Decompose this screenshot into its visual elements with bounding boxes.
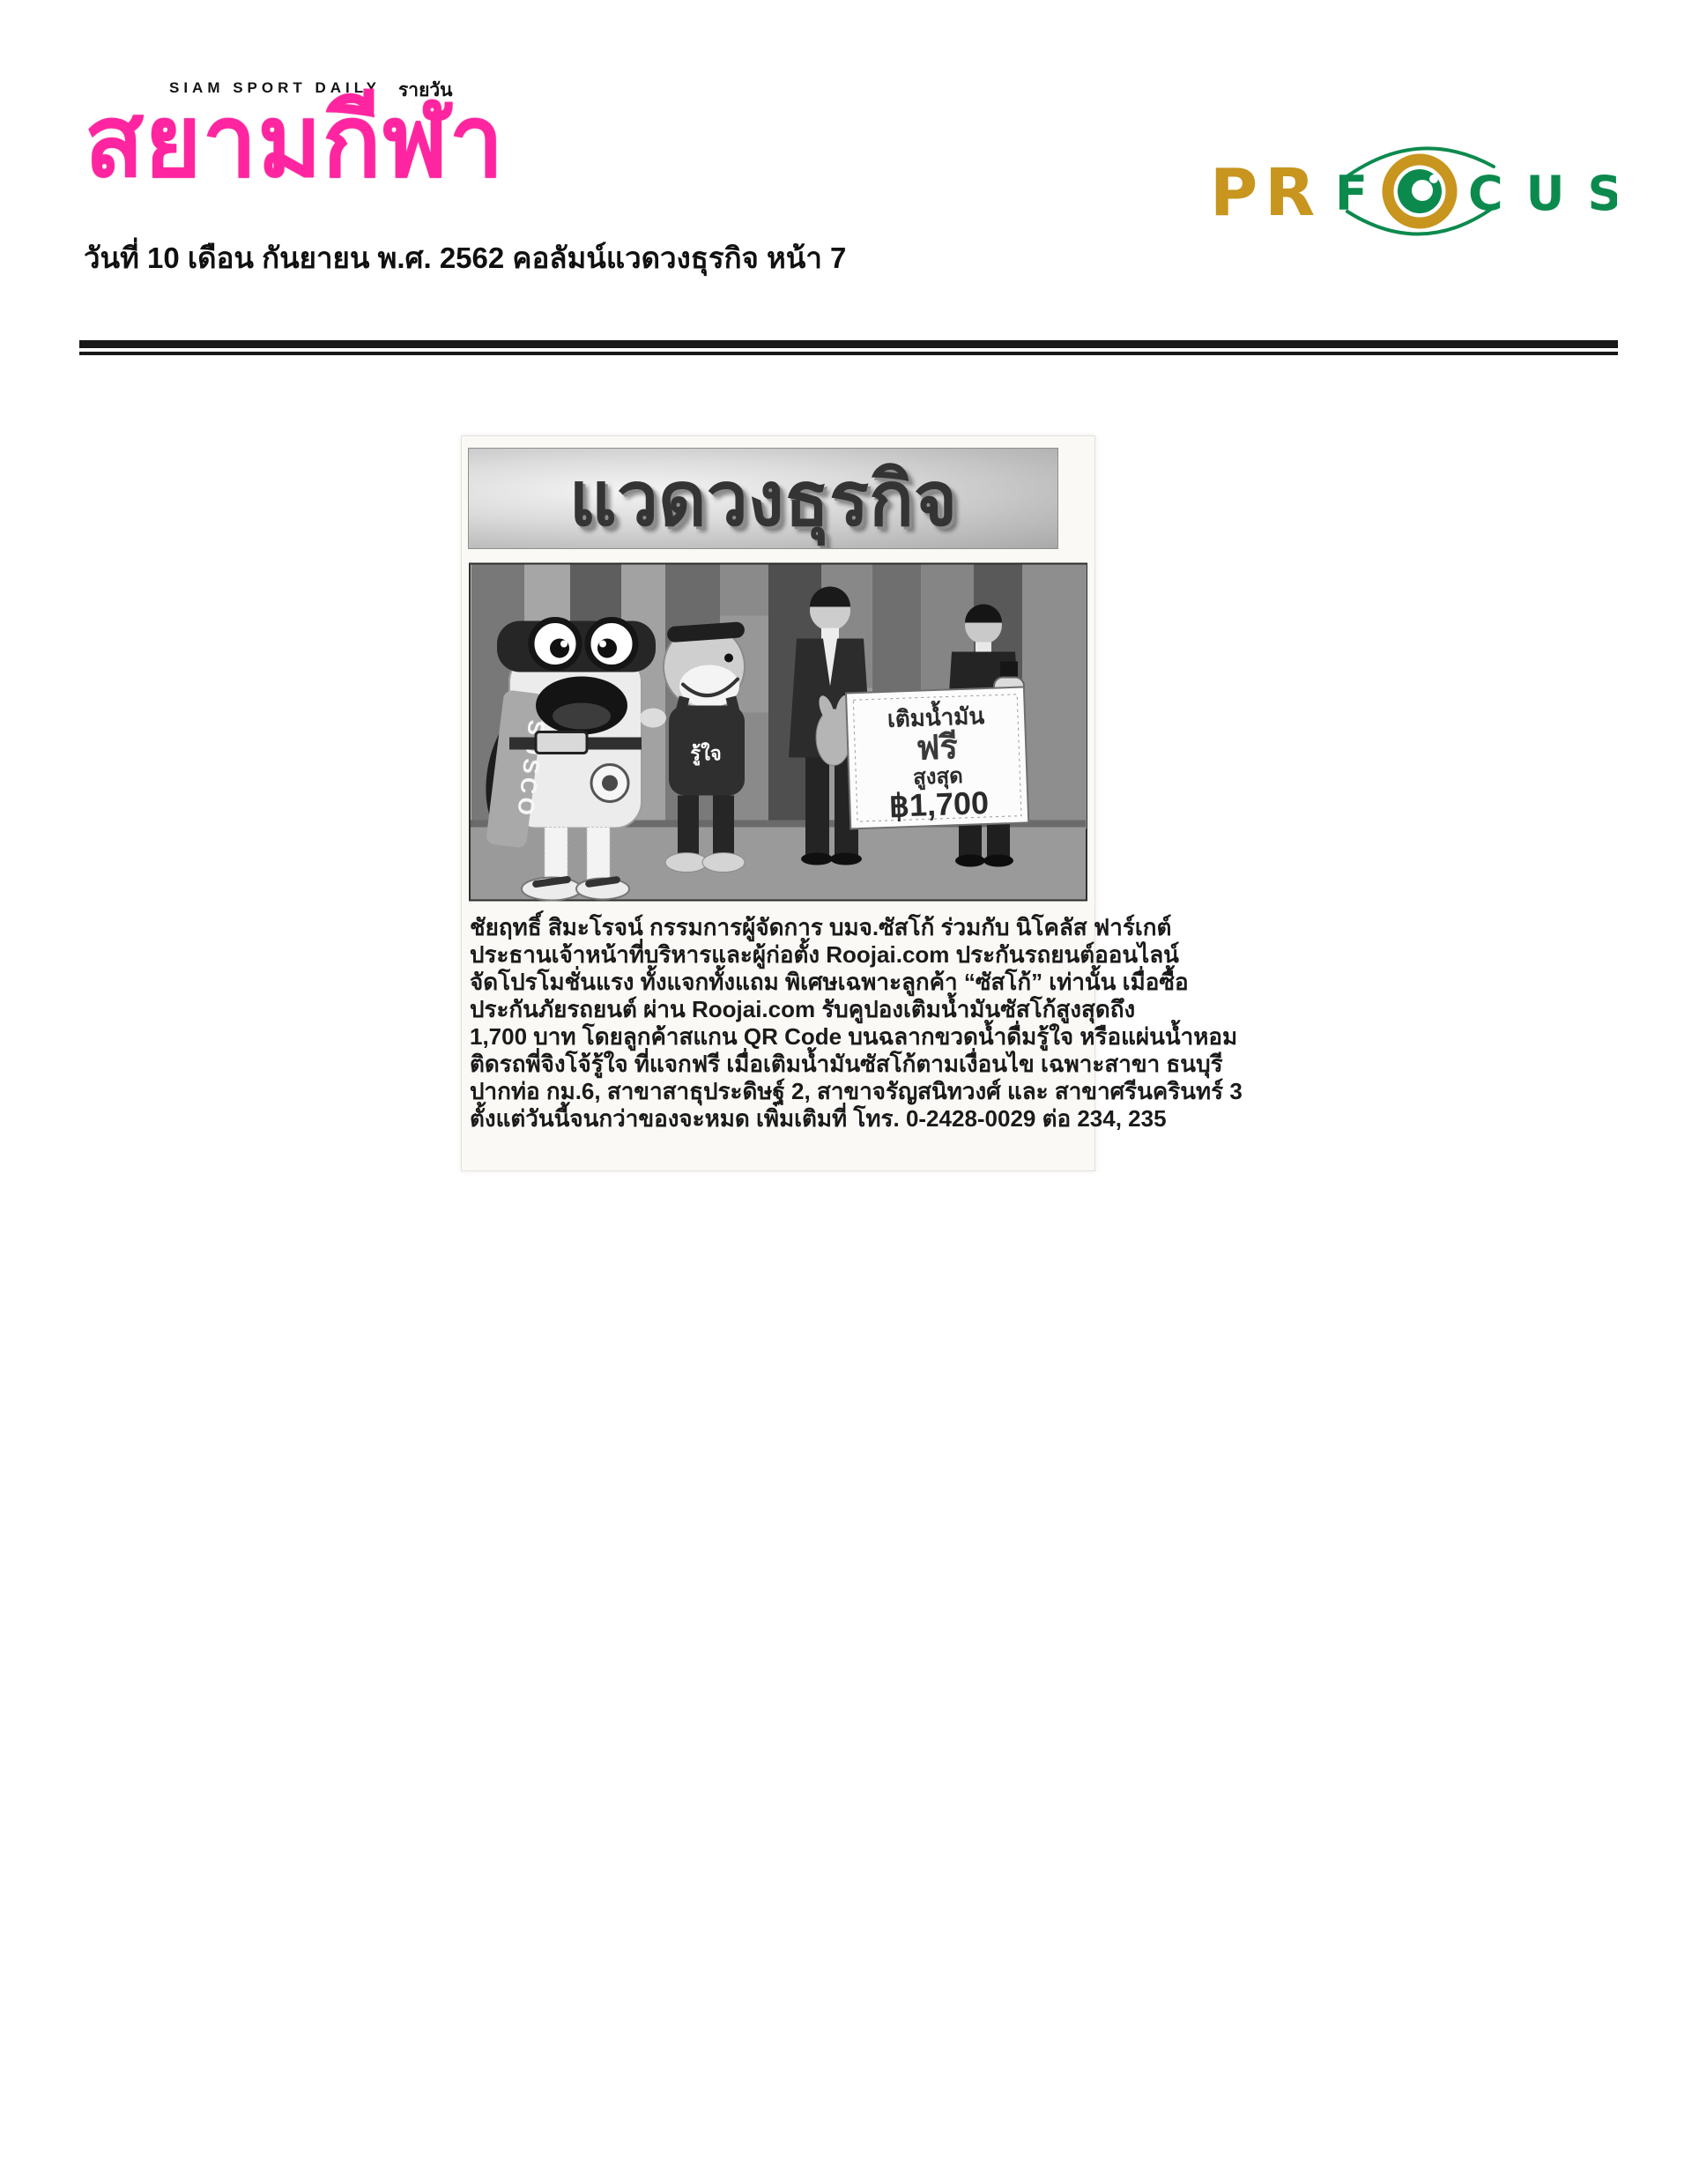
caption-line: ประธานเจ้าหน้าที่บริหารและผู้ก่อตั้ง Roo… <box>470 941 1090 969</box>
newspaper-name: สยามกีฬา <box>85 92 504 192</box>
sign-line-2: ฟรี <box>916 729 959 768</box>
clipping-photo: SUSCO <box>469 562 1087 902</box>
clipping-banner: แวดวงธุรกิจ <box>468 448 1058 549</box>
promo-sign: เติมน้ำมัน ฟรี สูงสุด ฿1,700 <box>846 687 1028 828</box>
prfocus-cus-text: CUS <box>1468 166 1617 221</box>
banner-title: แวดวงธุรกิจ <box>569 461 958 537</box>
kangaroo-bib-label: รู้ใจ <box>690 742 721 767</box>
divider-rule-thin <box>79 352 1618 355</box>
newspaper-masthead: SIAM SPORT DAILY รายวัน สยามกีฬา <box>85 69 613 214</box>
kangaroo-paw <box>640 709 666 728</box>
focus-lens-glint-icon <box>1412 180 1433 201</box>
prfocus-pr-text: PR <box>1210 155 1322 231</box>
mascot-belt-buckle <box>536 732 587 754</box>
divider-rule-thick <box>79 340 1618 348</box>
caption-line: จัดโปรโมชั่นแรง ทั้งแจกทั้งแถม พิเศษเฉพา… <box>470 969 1090 996</box>
news-clipping: แวดวงธุรกิจ <box>461 435 1095 1171</box>
divider-rule <box>79 340 1618 355</box>
prfocus-f-text: F <box>1335 166 1368 221</box>
caption-line: ชัยฤทธิ์ สิมะโรจน์ กรรมการผู้จัดการ บมจ.… <box>470 914 1090 941</box>
dateline: วันที่ 10 เดือน กันยายน พ.ศ. 2562 คอลัมน… <box>84 234 1053 281</box>
focus-lens-glint-small-icon <box>1429 175 1438 183</box>
caption-line: ติดรถพี่จิงโจ้รู้ใจ ที่แจกฟรี เมื่อเติมน… <box>470 1051 1090 1078</box>
caption-line: ประกันภัยรถยนต์ ผ่าน Roojai.com รับคูปอง… <box>470 996 1090 1023</box>
pr-focus-logo: PR F CUS <box>1210 137 1617 245</box>
caption-block: ชัยฤทธิ์ สิมะโรจน์ กรรมการผู้จัดการ บมจ.… <box>470 914 1090 1133</box>
caption-line: ปากท่อ กม.6, สาขาสาธุประดิษฐ์ 2, สาขาจรั… <box>470 1078 1090 1105</box>
caption-line: ตั้งแต่วันนี้จนกว่าของจะหมด เพิ่มเติมที่… <box>470 1105 1090 1133</box>
caption-line: 1,700 บาท โดยลูกค้าสแกน QR Code บนฉลากขว… <box>470 1023 1090 1051</box>
sign-line-4: ฿1,700 <box>888 784 989 824</box>
